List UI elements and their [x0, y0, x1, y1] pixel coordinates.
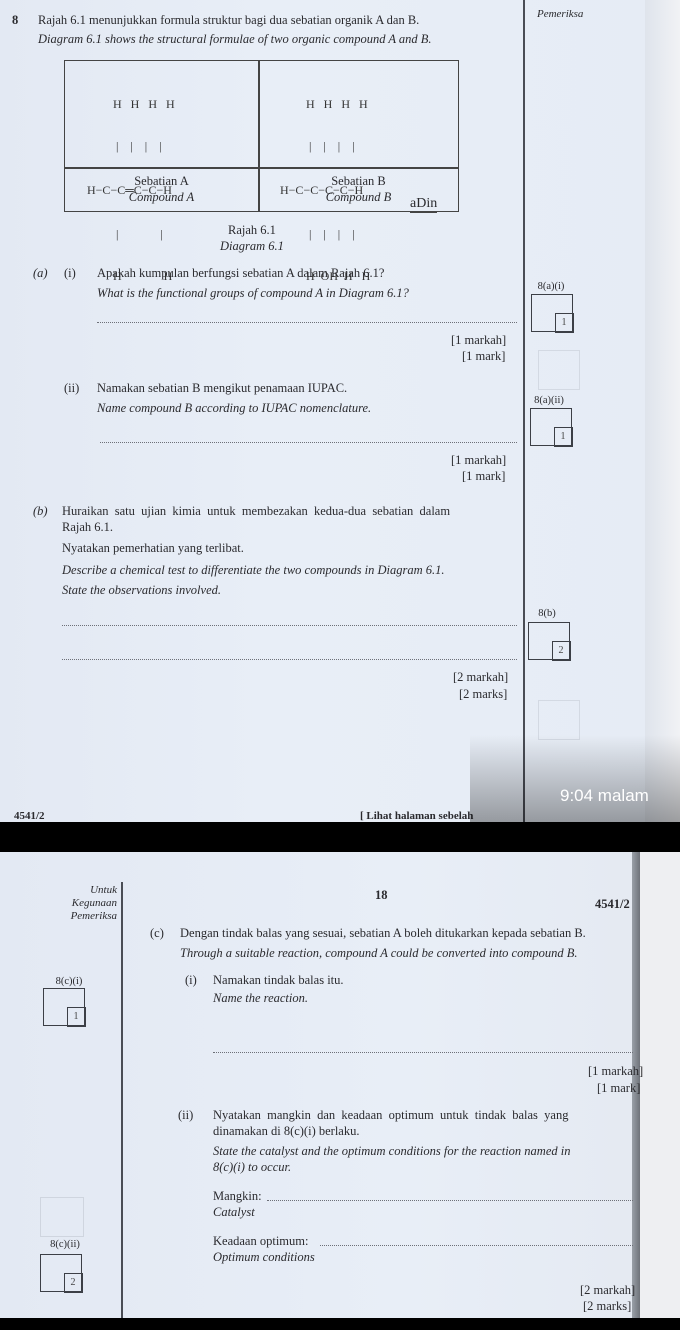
watermark-text: aDin [410, 196, 437, 213]
catalyst-label-en: Catalyst [213, 1204, 255, 1220]
exam-page-17: Pemeriksa 8 Rajah 6.1 menunjukkan formul… [0, 0, 680, 822]
b-mark-box[interactable]: 2 [528, 622, 570, 660]
footer-paper-code: 4541/2 [14, 808, 45, 822]
c-ii-question-ms-1: Nyatakan mangkin dan keadaan optimum unt… [213, 1107, 568, 1123]
c-intro-ms: Dengan tindak balas yang sesuai, sebatia… [180, 925, 586, 941]
c-ii-question-en-2: 8(c)(i) to occur. [213, 1159, 291, 1175]
diagram-caption-ms: Rajah 6.1 [228, 222, 276, 238]
c-ii-question-ms-2: dinamakan di 8(c)(i) berlaku. [213, 1123, 359, 1139]
right-edge-shade [645, 0, 680, 822]
compound-a-label: Sebatian A Compound A [65, 173, 258, 205]
paper-code: 4541/2 [595, 896, 630, 912]
exam-page-18: Untuk Kegunaan Pemeriksa 18 4541/2 (c) D… [0, 852, 680, 1318]
diagram-caption-en: Diagram 6.1 [220, 238, 284, 254]
b-marks-en: [2 marks] [459, 686, 507, 702]
a-ii-max-marks: 1 [554, 427, 573, 447]
show-through-box [40, 1197, 84, 1237]
examiner-column-header: Pemeriksa [537, 6, 583, 22]
examiner-header: Untuk Kegunaan Pemeriksa [55, 884, 117, 923]
c-ii-box-label: 8(c)(ii) [40, 1239, 90, 1250]
c-i-label: (i) [185, 972, 197, 988]
a-i-label: (i) [64, 265, 76, 281]
catalyst-label-ms: Mangkin: [213, 1188, 262, 1204]
a-ii-box-label: 8(a)(ii) [524, 395, 574, 406]
a-i-box-label: 8(a)(i) [526, 281, 576, 292]
a-i-marks-ms: [1 markah] [451, 332, 506, 348]
a-i-mark-box[interactable]: 1 [531, 294, 573, 332]
b-label: (b) [33, 503, 48, 519]
c-i-marks-en: [1 mark] [597, 1080, 640, 1096]
intro-ms: Rajah 6.1 menunjukkan formula struktur b… [38, 12, 419, 28]
c-i-box-label: 8(c)(i) [44, 976, 94, 987]
c-ii-max-marks: 2 [64, 1273, 83, 1293]
conditions-label-en: Optimum conditions [213, 1249, 315, 1265]
a-i-max-marks: 1 [555, 313, 574, 333]
c-ii-marks-en: [2 marks] [583, 1298, 631, 1314]
a-i-marks-en: [1 mark] [462, 348, 505, 364]
conditions-label-ms: Keadaan optimum: [213, 1233, 308, 1249]
b-marks-ms: [2 markah] [453, 669, 508, 685]
catalyst-answer-line[interactable] [267, 1200, 633, 1201]
a-i-answer-line[interactable] [97, 322, 517, 323]
c-i-question-en: Name the reaction. [213, 990, 308, 1006]
a-ii-marks-en: [1 mark] [462, 468, 505, 484]
b-question-ms-1: Huraikan satu ujian kimia untuk membezak… [62, 503, 450, 519]
c-ii-question-en-1: State the catalyst and the optimum condi… [213, 1143, 570, 1159]
status-time: 9:04 malam [560, 786, 649, 806]
b-max-marks: 2 [552, 641, 571, 661]
a-i-question-ms: Apakah kumpulan berfungsi sebatian A dal… [97, 265, 384, 281]
c-intro-en: Through a suitable reaction, compound A … [180, 945, 578, 961]
examiner-column-divider [523, 0, 525, 822]
b-answer-line-2[interactable] [62, 659, 517, 660]
notification-shade [470, 735, 680, 822]
a-ii-question-en: Name compound B according to IUPAC nomen… [97, 400, 371, 416]
c-label: (c) [150, 925, 164, 941]
question-number: 8 [12, 12, 18, 28]
b-question-ms-2: Rajah 6.1. [62, 519, 113, 535]
a-ii-mark-box[interactable]: 1 [530, 408, 572, 446]
a-ii-question-ms: Namakan sebatian B mengikut penamaan IUP… [97, 380, 347, 396]
show-through-box [538, 700, 580, 740]
b-box-label: 8(b) [522, 608, 572, 619]
c-i-question-ms: Namakan tindak balas itu. [213, 972, 344, 988]
a-ii-marks-ms: [1 markah] [451, 452, 506, 468]
c-i-mark-box[interactable]: 1 [43, 988, 85, 1026]
c-i-marks-ms: [1 markah] [588, 1063, 643, 1079]
page-number: 18 [375, 887, 388, 903]
b-question-en-1: Describe a chemical test to differentiat… [62, 562, 444, 578]
page-edge-blank [640, 852, 680, 1318]
c-ii-marks-ms: [2 markah] [580, 1282, 635, 1298]
part-a-label: (a) [33, 265, 48, 281]
b-answer-line-1[interactable] [62, 625, 517, 626]
a-ii-label: (ii) [64, 380, 79, 396]
a-ii-answer-line[interactable] [100, 442, 517, 443]
show-through-box [538, 350, 580, 390]
examiner-column-divider [121, 882, 123, 1318]
c-i-answer-line[interactable] [213, 1052, 633, 1053]
c-ii-label: (ii) [178, 1107, 193, 1123]
c-ii-mark-box[interactable]: 2 [40, 1254, 82, 1292]
structural-formula-table: H H H H | | | | H−C−C═C−C−H | | H H H H … [64, 60, 459, 212]
b-question-en-2: State the observations involved. [62, 582, 221, 598]
intro-en: Diagram 6.1 shows the structural formula… [38, 31, 432, 47]
c-i-max-marks: 1 [67, 1007, 86, 1027]
a-i-question-en: What is the functional groups of compoun… [97, 285, 409, 301]
footer-next-page: [ Lihat halaman sebelah [360, 808, 473, 822]
conditions-answer-line[interactable] [320, 1245, 633, 1246]
b-question-ms-3: Nyatakan pemerhatian yang terlibat. [62, 540, 244, 556]
